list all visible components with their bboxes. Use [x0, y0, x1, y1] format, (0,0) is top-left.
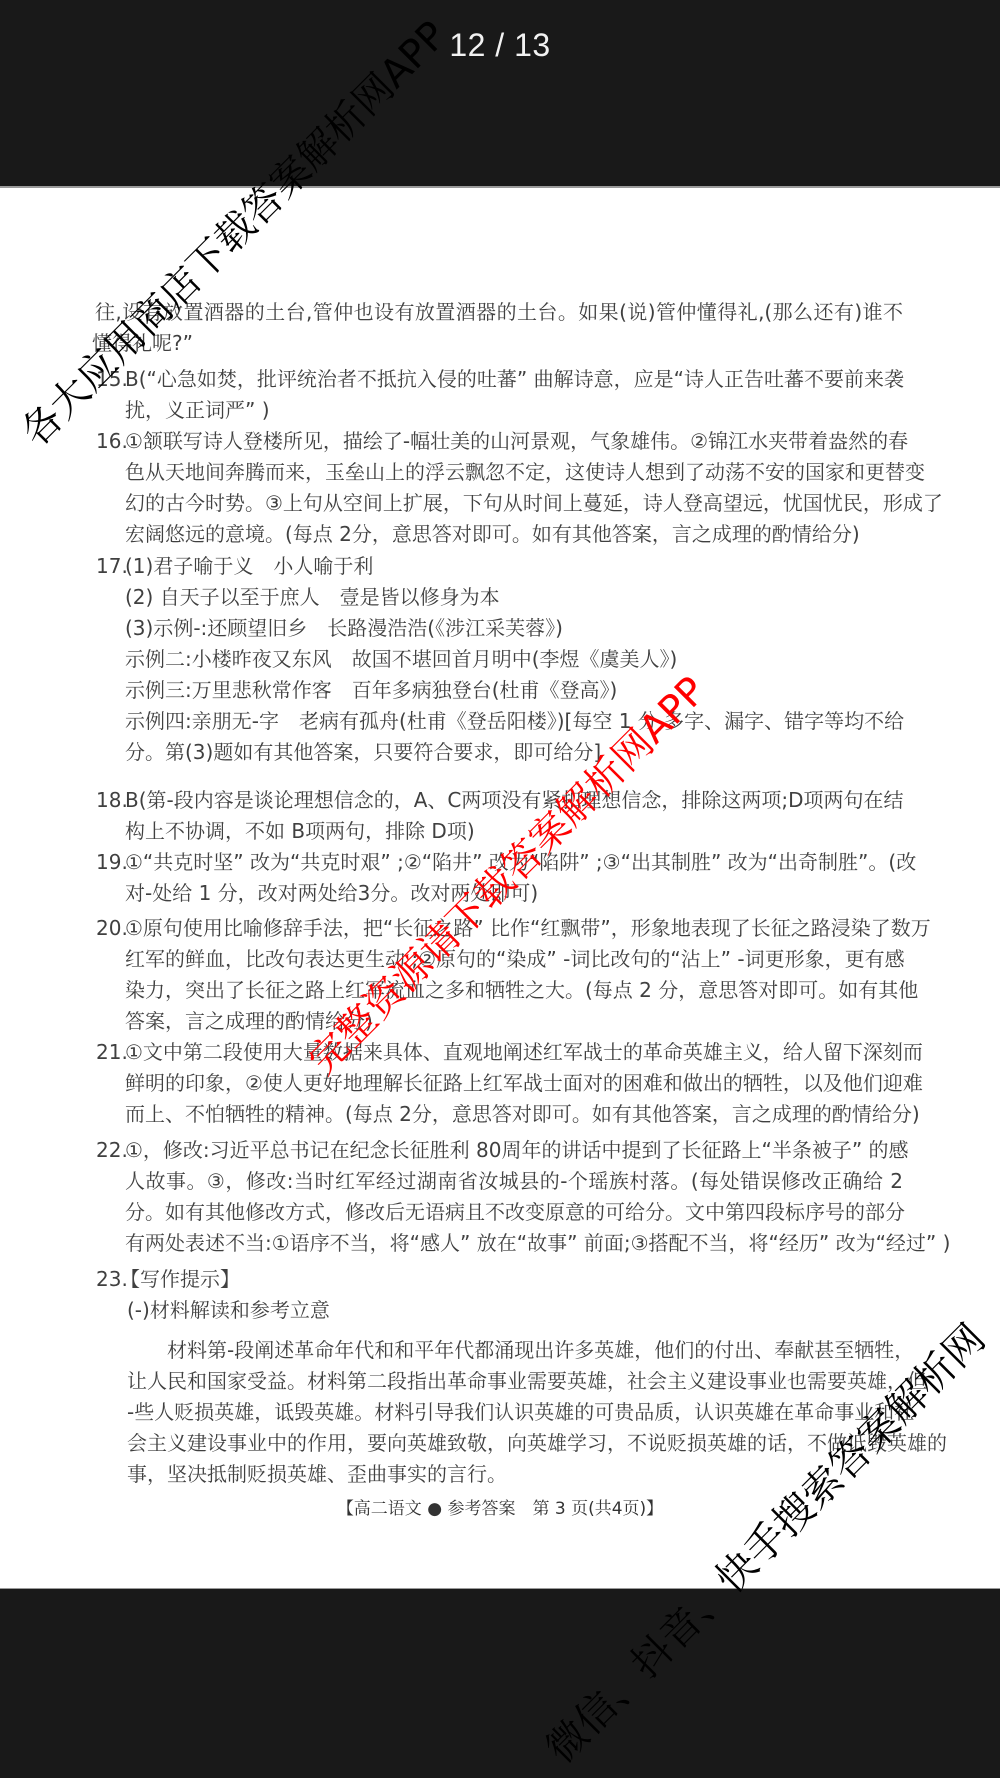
text-line: 分。第(3)题如有其他答案，只要符合要求，即可给分]	[125, 737, 903, 768]
question-number: 21.	[96, 1037, 125, 1068]
answer-17: 17. (1)君子喻于义 小人喻于利 (2) 自天子以至于庶人 壹是皆以修身为本…	[0, 551, 1000, 768]
text-line: 答案，言之成理的酌情给分)	[125, 1006, 903, 1037]
text-line: 让人民和国家受益。材料第二段指出革命事业需要英雄，社会主义建设事业也需要英雄，但	[127, 1366, 905, 1397]
text-line: 色从天地间奔腾而来，玉垒山上的浮云飘忽不定，这使诗人想到了动荡不安的国家和更替变	[125, 457, 903, 488]
answer-16: 16. ①颔联写诗人登楼所见，描绘了-幅壮美的山河景观，气象雄伟。②锦江水夹带着…	[0, 426, 1000, 550]
question-number: 17.	[96, 551, 125, 582]
question-number: 15.	[96, 364, 125, 395]
text-line: 对-处给 1 分，改对两处给3分。改对两处即可)	[125, 878, 903, 909]
answer-text: ①颔联写诗人登楼所见，描绘了-幅壮美的山河景观，气象雄伟。②锦江水夹带着盎然的春	[125, 426, 908, 457]
text-line: 18. B(第-段内容是谈论理想信念的，A、C两项没有紧扣理想信念，排除这两项;…	[96, 785, 903, 816]
answer-20: 20. ①原句使用比喻修辞手法，把“长征之路” 比作“红飘带”，形象地表现了长征…	[0, 913, 1000, 1037]
question-number: 23.	[96, 1264, 120, 1295]
text-line: 鲜明的印象，②使人更好地理解长征路上红军战士面对的困难和做出的牺牲，以及他们迎难	[125, 1068, 903, 1099]
answer-23: 23. 【写作提示】 (-)材料解读和参考立意 材料第-段阐述革命年代和和平年代…	[0, 1264, 1000, 1490]
text-line: 15. B(“心急如焚，批评统治者不抵抗入侵的吐蕃” 曲解诗意，应是“诗人正告吐…	[96, 364, 903, 395]
question-number: 16.	[96, 426, 125, 457]
text-line: 材料第-段阐述革命年代和和平年代都涌现出许多英雄，他们的付出、奉献甚至牺牲，	[167, 1335, 905, 1366]
answer-text: ①原句使用比喻修辞手法，把“长征之路” 比作“红飘带”，形象地表现了长征之路浸染…	[125, 913, 931, 944]
text-line: 23. 【写作提示】	[96, 1264, 903, 1295]
text-line: 染力，突出了长征之路上红军流血之多和牺牲之大。(每点 2 分，意思答对即可。如有…	[125, 975, 903, 1006]
page-footer: 【高二语文 ● 参考答案 第 3 页(共4页)】	[0, 1494, 1000, 1525]
answer-text: ①“共克时坚” 改为“共克时艰” ;②“陷井” 改为“陷阱” ;③“出其制胜” …	[125, 847, 916, 878]
answer-text: B(“心急如焚，批评统治者不抵抗入侵的吐蕃” 曲解诗意，应是“诗人正告吐蕃不要前…	[125, 364, 904, 395]
answer-text: B(第-段内容是谈论理想信念的，A、C两项没有紧扣理想信念，排除这两项;D项两句…	[125, 785, 904, 816]
top-bar: 12 / 13	[0, 0, 1000, 186]
question-number: 18.	[96, 785, 125, 816]
text-line: 人故事。③，修改:当时红军经过湖南省汝城县的-个瑶族村落。(每处错误修改正确给 …	[125, 1166, 903, 1197]
text-line: 有两处表述不当:①语序不当，将“感人” 放在“故事” 前面;③搭配不当，将“经历…	[125, 1228, 903, 1259]
question-number: 22.	[96, 1135, 125, 1166]
document-page[interactable]: 往,设有放置酒器的土台,管仲也设有放置酒器的土台。如果(说)管仲懂得礼,(那么还…	[0, 186, 1000, 1589]
text-line: 19. ①“共克时坚” 改为“共克时艰” ;②“陷井” 改为“陷阱” ;③“出其…	[96, 847, 903, 878]
bottom-bar	[0, 1589, 1000, 1778]
text-line: 示例二:小楼昨夜又东风 故国不堪回首月明中(李煜《虞美人》)	[125, 644, 903, 675]
text-line: 红军的鲜血，比改句表达更生动 ;②原句的“染成” -词比改句的“沾上” -词更形…	[125, 944, 903, 975]
material-paragraph: 材料第-段阐述革命年代和和平年代都涌现出许多英雄，他们的付出、奉献甚至牺牲， 让…	[0, 1335, 1000, 1490]
text-line: 示例三:万里悲秋常作客 百年多病独登台(杜甫《登高》)	[125, 675, 903, 706]
text-line: 22. ①，修改:习近平总书记在纪念长征胜利 80周年的讲话中提到了长征路上“半…	[96, 1135, 903, 1166]
text-line: 分。如有其他修改方式，修改后无语病且不改变原意的可给分。文中第四段标序号的部分	[125, 1197, 903, 1228]
material-interpretation-subheading: (-)材料解读和参考立意	[127, 1295, 1000, 1326]
page-content: 往,设有放置酒器的土台,管仲也设有放置酒器的土台。如果(说)管仲懂得礼,(那么还…	[0, 297, 1000, 1525]
text-line: 16. ①颔联写诗人登楼所见，描绘了-幅壮美的山河景观，气象雄伟。②锦江水夹带着…	[96, 426, 903, 457]
text-line: 幻的古今时势。③上句从空间上扩展，下句从时间上蔓延，诗人登高望远，忧国忧民，形成…	[125, 488, 903, 519]
text-line: 示例四:亲朋无-字 老病有孤舟(杜甫《登岳阳楼》)[每空 1 分,多字、漏字、错…	[125, 706, 903, 737]
answer-text: (1)君子喻于义 小人喻于利	[125, 551, 903, 582]
answer-15: 15. B(“心急如焚，批评统治者不抵抗入侵的吐蕃” 曲解诗意，应是“诗人正告吐…	[0, 364, 1000, 426]
question-number: 20.	[96, 913, 125, 944]
text-line: -些人贬损英雄，诋毁英雄。材料引导我们认识英雄的可贵品质，认识英雄在革命事业和社	[127, 1397, 905, 1428]
answer-18: 18. B(第-段内容是谈论理想信念的，A、C两项没有紧扣理想信念，排除这两项;…	[0, 785, 1000, 847]
text-line: 宏阔悠远的意境。(每点 2分，意思答对即可。如有其他答案，言之成理的酌情给分)	[125, 519, 903, 550]
text-line: (2) 自天子以至于庶人 壹是皆以修身为本	[125, 582, 903, 613]
text-line: 懂得礼呢?”	[92, 328, 1000, 359]
question-number: 19.	[96, 847, 125, 878]
answer-21: 21. ①文中第二段使用大量数据来具体、直观地阐述红军战士的革命英雄主义，给人留…	[0, 1037, 1000, 1130]
text-line: 构上不协调，不如 B项两句，排除 D项)	[125, 816, 903, 847]
text-line: 21. ①文中第二段使用大量数据来具体、直观地阐述红军战士的革命英雄主义，给人留…	[96, 1037, 903, 1068]
answer-19: 19. ①“共克时坚” 改为“共克时艰” ;②“陷井” 改为“陷阱” ;③“出其…	[0, 847, 1000, 909]
text-line: 扰，义正词严” )	[125, 395, 903, 426]
answer-text: ①文中第二段使用大量数据来具体、直观地阐述红军战士的革命英雄主义，给人留下深刻而	[125, 1037, 923, 1068]
answer-text: ①，修改:习近平总书记在纪念长征胜利 80周年的讲话中提到了长征路上“半条被子”…	[125, 1135, 909, 1166]
text-line: 往,设有放置酒器的土台,管仲也设有放置酒器的土台。如果(说)管仲懂得礼,(那么还…	[95, 297, 903, 328]
writing-tips-heading: 【写作提示】	[120, 1264, 903, 1295]
document-viewer: 12 / 13 往,设有放置酒器的土台,管仲也设有放置酒器的土台。如果(说)管仲…	[0, 0, 1000, 1778]
page-indicator: 12 / 13	[0, 29, 1000, 61]
text-line: 而上、不怕牺牲的精神。(每点 2分，意思答对即可。如有其他答案，言之成理的酌情给…	[125, 1099, 903, 1130]
answer-22: 22. ①，修改:习近平总书记在纪念长征胜利 80周年的讲话中提到了长征路上“半…	[0, 1135, 1000, 1259]
text-line: (3)示例-:还顾望旧乡 长路漫浩浩(《涉江采芙蓉》)	[125, 613, 903, 644]
text-line: 20. ①原句使用比喻修辞手法，把“长征之路” 比作“红飘带”，形象地表现了长征…	[96, 913, 903, 944]
text-line: 事，坚决抵制贬损英雄、歪曲事实的言行。	[127, 1459, 905, 1490]
text-line: 17. (1)君子喻于义 小人喻于利	[96, 551, 903, 582]
answer-14-tail: 往,设有放置酒器的土台,管仲也设有放置酒器的土台。如果(说)管仲懂得礼,(那么还…	[0, 297, 1000, 359]
text-line: 会主义建设事业中的作用，要向英雄致敬，向英雄学习，不说贬损英雄的话，不做诋毁英雄…	[127, 1428, 905, 1459]
